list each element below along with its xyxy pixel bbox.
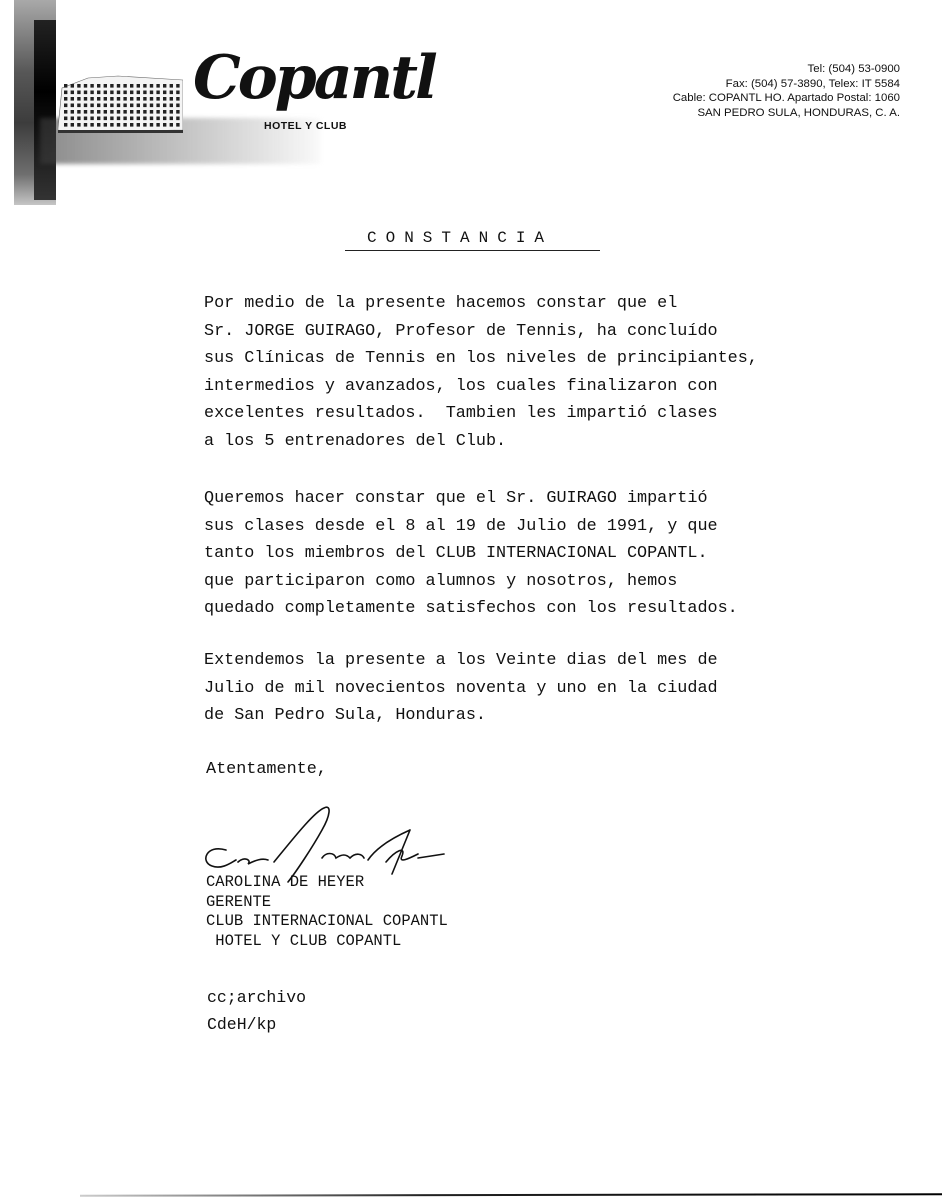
document-title: CONSTANCIA <box>345 229 600 251</box>
brand-logo: Copantl <box>193 48 435 108</box>
page-edge-line <box>80 1193 942 1197</box>
contact-fax-telex: Fax: (504) 57-3890, Telex: IT 5584 <box>673 77 900 92</box>
contact-info: Tel: (504) 53-0900 Fax: (504) 57-3890, T… <box>673 62 900 120</box>
hotel-building-icon <box>58 66 183 138</box>
reference-initials: cc;archivo CdeH/kp <box>207 984 306 1038</box>
paragraph-2: Queremos hacer constar que el Sr. GUIRAG… <box>204 485 738 623</box>
brand-subtitle: HOTEL Y CLUB <box>264 120 347 132</box>
paragraph-3: Extendemos la presente a los Veinte dias… <box>204 647 718 730</box>
paragraph-1: Por medio de la presente hacemos constar… <box>204 290 758 456</box>
letterhead-decor-bar <box>34 20 56 200</box>
contact-cable-postal: Cable: COPANTL HO. Apartado Postal: 1060 <box>673 91 900 106</box>
contact-address: SAN PEDRO SULA, HONDURAS, C. A. <box>673 106 900 121</box>
closing: Atentamente, <box>206 760 327 779</box>
contact-phone: Tel: (504) 53-0900 <box>673 62 900 77</box>
signature-block: CAROLINA DE HEYER GERENTE CLUB INTERNACI… <box>206 873 448 951</box>
